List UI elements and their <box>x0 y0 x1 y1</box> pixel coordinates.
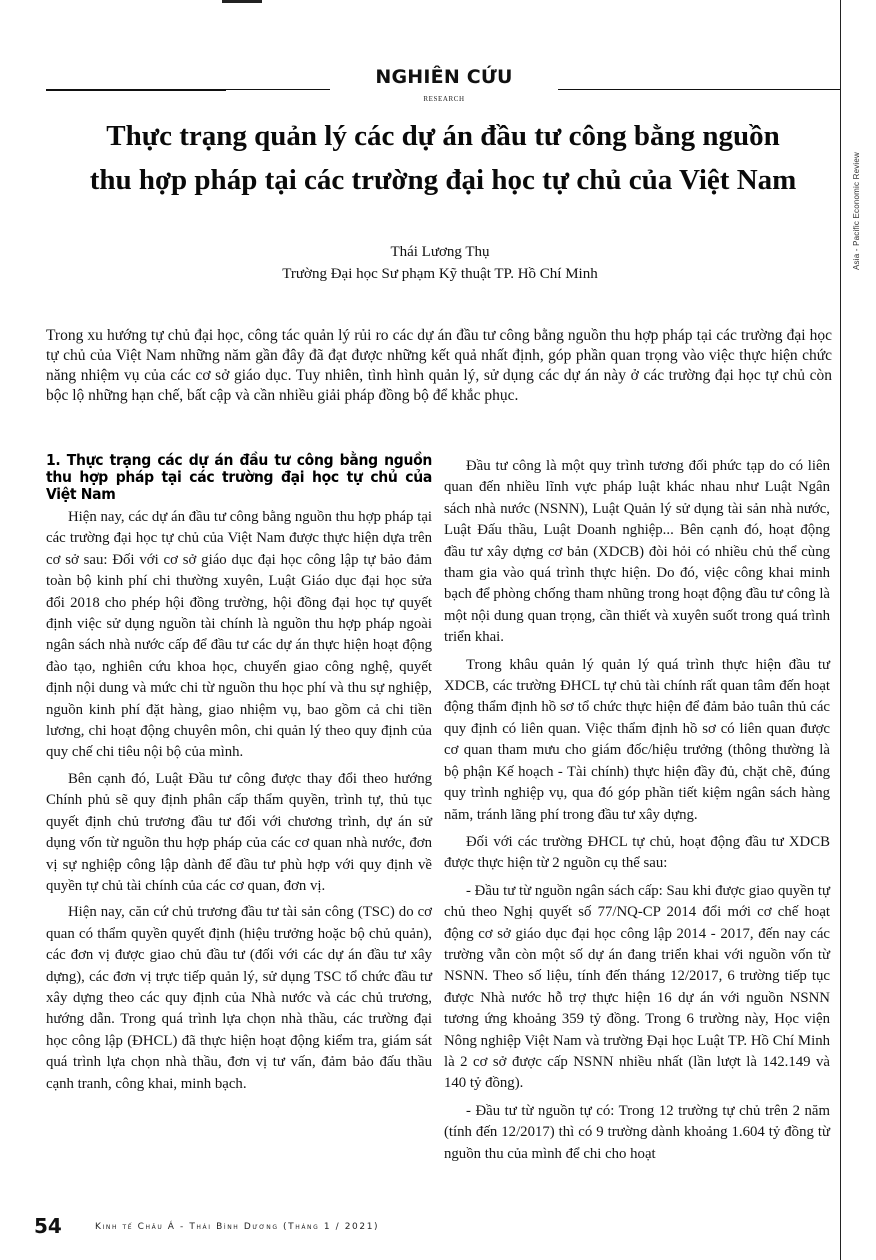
header-rule-right <box>558 89 840 90</box>
paragraph: Bên cạnh đó, Luật Đầu tư công được thay … <box>46 769 432 897</box>
journal-page: Asia - Pacific Economic Review NGHIÊN CỨ… <box>0 0 876 1260</box>
footer-journal-title: Kinh tế Châu Á - Thái Bình Dương (Tháng … <box>95 1222 379 1232</box>
author-name: Thái Lương Thụ <box>130 243 750 261</box>
body-column-left: 1. Thực trạng các dự án đầu tư công bằng… <box>46 452 432 1100</box>
paragraph: Trong khâu quản lý quản lý quá trình thự… <box>444 655 830 826</box>
section-sublabel: RESEARCH <box>330 95 558 103</box>
abstract: Trong xu hướng tự chủ đại học, công tác … <box>46 326 832 406</box>
paragraph: Hiện nay, căn cứ chủ trương đầu tư tài s… <box>46 902 432 1095</box>
section-label: NGHIÊN CỨU <box>330 66 558 88</box>
page-number: 54 <box>34 1214 62 1238</box>
side-journal-label: Asia - Pacific Economic Review <box>852 152 861 270</box>
author-affiliation: Trường Đại học Sư phạm Kỹ thuật TP. Hồ C… <box>130 265 750 283</box>
paragraph: Đầu tư công là một quy trình tương đối p… <box>444 456 830 649</box>
title-line-2: thu hợp pháp tại các trường đại học tự c… <box>50 158 836 202</box>
paragraph: Hiện nay, các dự án đầu tư công bằng ngu… <box>46 507 432 764</box>
header-rule-left-thick <box>46 89 226 91</box>
scan-artifact <box>222 0 262 3</box>
margin-vertical-rule <box>840 0 841 1260</box>
paragraph: - Đầu tư từ nguồn ngân sách cấp: Sau khi… <box>444 881 830 1095</box>
body-column-right: Đầu tư công là một quy trình tương đối p… <box>444 456 830 1171</box>
paragraph: - Đầu tư từ nguồn tự có: Trong 12 trường… <box>444 1101 830 1165</box>
paragraph: Đối với các trường ĐHCL tự chủ, hoạt độn… <box>444 832 830 875</box>
article-title: Thực trạng quản lý các dự án đầu tư công… <box>50 114 836 202</box>
section-heading: 1. Thực trạng các dự án đầu tư công bằng… <box>46 452 432 503</box>
title-line-1: Thực trạng quản lý các dự án đầu tư công… <box>50 114 836 158</box>
